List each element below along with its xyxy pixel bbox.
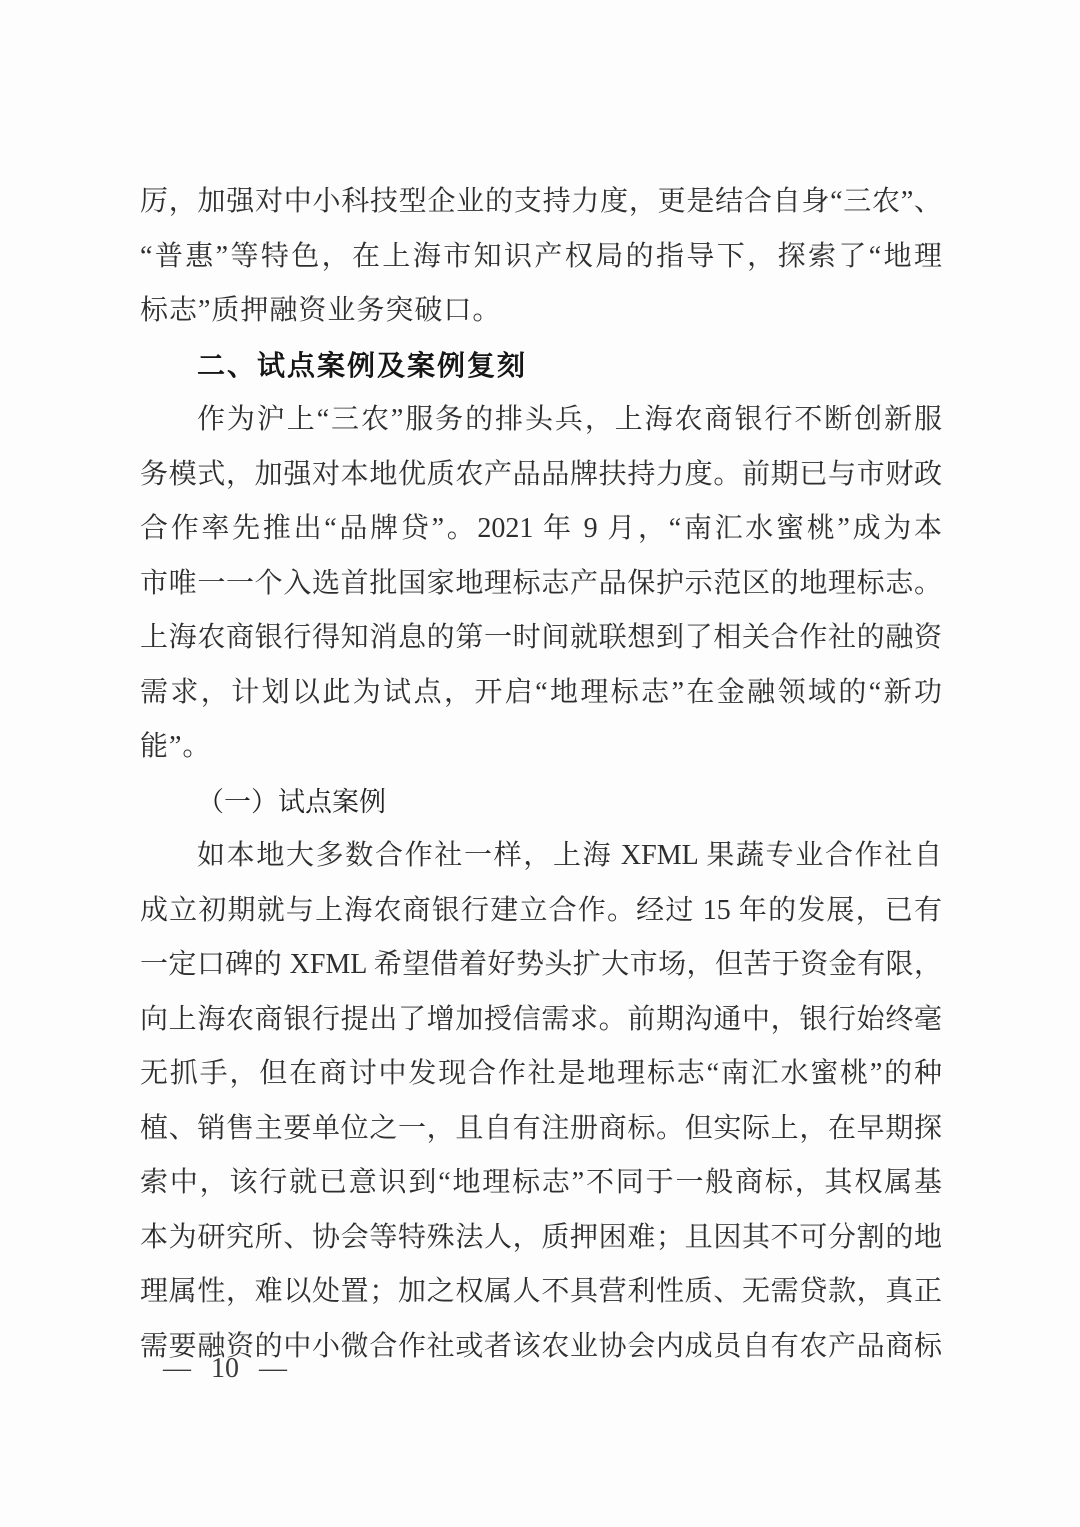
body-line: 向上海农商银行提出了增加授信需求。前期沟通中，银行始终毫 <box>140 993 942 1048</box>
body-line: 无抓手，但在商讨中发现合作社是地理标志“南汇水蜜桃”的种 <box>140 1047 942 1102</box>
body-line: 市唯一一个入选首批国家地理标志产品保护示范区的地理标志。 <box>140 557 942 612</box>
body-line: “普惠”等特色，在上海市知识产权局的指导下，探索了“地理 <box>140 230 942 285</box>
body-line: 如本地大多数合作社一样，上海 XFML 果蔬专业合作社自 <box>140 829 942 884</box>
body-line: 合作率先推出“品牌贷”。2021 年 9 月，“南汇水蜜桃”成为本 <box>140 502 942 557</box>
body-line: 厉，加强对中小科技型企业的支持力度，更是结合自身“三农”、 <box>140 175 942 230</box>
page-number: — 10 — <box>163 1352 287 1386</box>
body-line: 上海农商银行得知消息的第一时间就联想到了相关合作社的融资 <box>140 611 942 666</box>
body-line: 成立初期就与上海农商银行建立合作。经过 15 年的发展，已有 <box>140 884 942 939</box>
page-number-value: 10 <box>211 1352 239 1386</box>
body-line: 植、销售主要单位之一，且自有注册商标。但实际上，在早期探 <box>140 1102 942 1157</box>
section-heading: 二、试点案例及案例复刻 <box>140 339 942 394</box>
body-line: 需求，计划以此为试点，开启“地理标志”在金融领域的“新功 <box>140 666 942 721</box>
page-number-dash-right: — <box>259 1352 287 1386</box>
document-body: 厉，加强对中小科技型企业的支持力度，更是结合自身“三农”、 “普惠”等特色，在上… <box>140 175 942 1374</box>
page-number-dash-left: — <box>163 1352 191 1386</box>
body-line: 一定口碑的 XFML 希望借着好势头扩大市场，但苦于资金有限， <box>140 938 942 993</box>
body-line: 作为沪上“三农”服务的排头兵，上海农商银行不断创新服 <box>140 393 942 448</box>
subsection-heading: （一）试点案例 <box>140 775 942 830</box>
body-line: 本为研究所、协会等特殊法人，质押困难；且因其不可分割的地 <box>140 1211 942 1266</box>
document-page: 厉，加强对中小科技型企业的支持力度，更是结合自身“三农”、 “普惠”等特色，在上… <box>0 0 1080 1527</box>
body-line: 务模式，加强对本地优质农产品品牌扶持力度。前期已与市财政 <box>140 448 942 503</box>
body-line: 能”。 <box>140 720 942 775</box>
body-line: 索中，该行就已意识到“地理标志”不同于一般商标，其权属基 <box>140 1156 942 1211</box>
body-line: 理属性，难以处置；加之权属人不具营利性质、无需贷款，真正 <box>140 1265 942 1320</box>
body-line: 标志”质押融资业务突破口。 <box>140 284 942 339</box>
